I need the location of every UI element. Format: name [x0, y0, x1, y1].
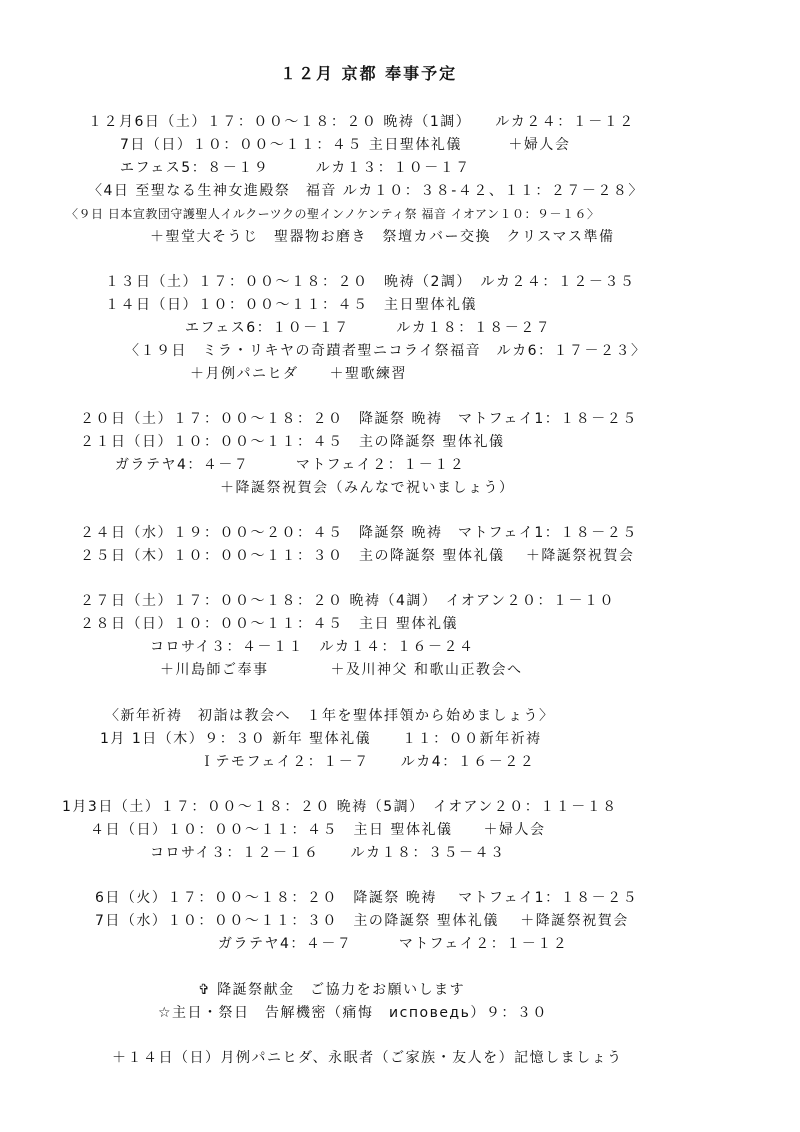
- schedule-line: １４日（日）１０：００～１１：４５ 主日聖体礼儀: [105, 296, 477, 314]
- schedule-line: 〈９日 日本宣教団守護聖人イルクーツクの聖インノケンティ祭 福音 イオアン１０：…: [66, 205, 600, 223]
- schedule-line: ＋降誕祭祝賀会（みんなで祝いましょう）: [220, 479, 515, 497]
- schedule-line: 1月 1日（木）９：３０ 新年 聖体礼儀 １１：００新年祈祷: [100, 730, 542, 748]
- schedule-line: ２５日（木）１０：００～１１：３０ 主の降誕祭 聖体礼儀 ＋降誕祭祝賀会: [80, 547, 634, 565]
- schedule-line: Ｉテモフェイ２：１－７ ルカ4：１６－２２: [200, 753, 535, 771]
- schedule-line: 6日（火）１７：００～１８：２０ 降誕祭 晩祷 マトフェイ1：１８－２５: [95, 889, 638, 907]
- schedule-line: １３日（土）１７：００～１８：２０ 晩祷（2調） ルカ２４：１２－３５: [105, 273, 635, 291]
- schedule-line: コロサイ３：１２－１６ ルカ１８：３５－４３: [150, 844, 506, 862]
- schedule-line: エフェス6：１０－１７ ルカ１８：１８－２７: [185, 319, 551, 337]
- schedule-line: ガラテヤ4：４－７ マトフェイ２：１－１２: [218, 935, 568, 953]
- schedule-line: ２１日（日）１０：００～１１：４５ 主の降誕祭 聖体礼儀: [80, 433, 504, 451]
- schedule-line: エフェス5：８－１９ ルカ１３：１０－１７: [120, 159, 471, 177]
- schedule-line: ＋月例パニヒダ ＋聖歌練習: [190, 365, 407, 383]
- schedule-line: ☆主日・祭日 告解機密（痛悔 исповедь）９：３０: [158, 1004, 548, 1022]
- schedule-line: 7日（日）１０：００～１１：４５ 主日聖体礼儀 ＋婦人会: [120, 136, 570, 154]
- schedule-line: コロサイ３：４－１１ ルカ１４：１６－２４: [150, 638, 475, 656]
- schedule-line: ２８日（日）１０：００～１１：４５ 主日 聖体礼儀: [80, 615, 458, 633]
- schedule-line: 〈１９日 ミラ・リキヤの奇蹟者聖ニコライ祭福音 ルカ6：１７－２３〉: [125, 342, 647, 360]
- schedule-line: ２７日（土）１７：００～１８：２０ 晩祷（4調） イオアン２０：１－１０: [80, 592, 615, 610]
- schedule-line: 7日（水）１０：００～１１：３０ 主の降誕祭 聖体礼儀 ＋降誕祭祝賀会: [95, 912, 629, 930]
- schedule-line: ＋聖堂大そうじ 聖器物お磨き 祭壇カバー交換 クリスマス準備: [150, 228, 614, 246]
- schedule-line: ＋１４日（日）月例パニヒダ、永眠者（ご家族・友人を）記憶しましょう: [112, 1049, 623, 1067]
- schedule-line: 〈4日 至聖なる生神女進殿祭 福音 ルカ１０：３８-４２、１１：２７－２８〉: [88, 182, 644, 200]
- page-title: １２月 京都 奉事予定: [280, 65, 457, 83]
- schedule-line: ✞ 降誕祭献金 ご協力をお願いします: [198, 981, 465, 999]
- schedule-line: １２月6日（土）１７：００～１８：２０ 晩祷（1調） ルカ２４：１－１２: [88, 113, 635, 131]
- schedule-line: 〈新年祈祷 初詣は教会へ １年を聖体拝領から始めましょう〉: [105, 707, 555, 725]
- schedule-line: ＋川島師ご奉事 ＋及川神父 和歌山正教会へ: [160, 661, 522, 679]
- schedule-line: ４日（日）１０：００～１１：４５ 主日 聖体礼儀 ＋婦人会: [90, 821, 545, 839]
- schedule-line: ２４日（水）１９：００～２０：４５ 降誕祭 晩祷 マトフェイ1：１８－２５: [80, 524, 638, 542]
- schedule-line: ２０日（土）１７：００～１８：２０ 降誕祭 晩祷 マトフェイ1：１８－２５: [80, 410, 638, 428]
- schedule-line: ガラテヤ4：４－７ マトフェイ２：１－１２: [115, 456, 465, 474]
- schedule-line: 1月3日（土）１７：００～１８：２０ 晩祷（5調） イオアン２０：１１－１８: [62, 798, 618, 816]
